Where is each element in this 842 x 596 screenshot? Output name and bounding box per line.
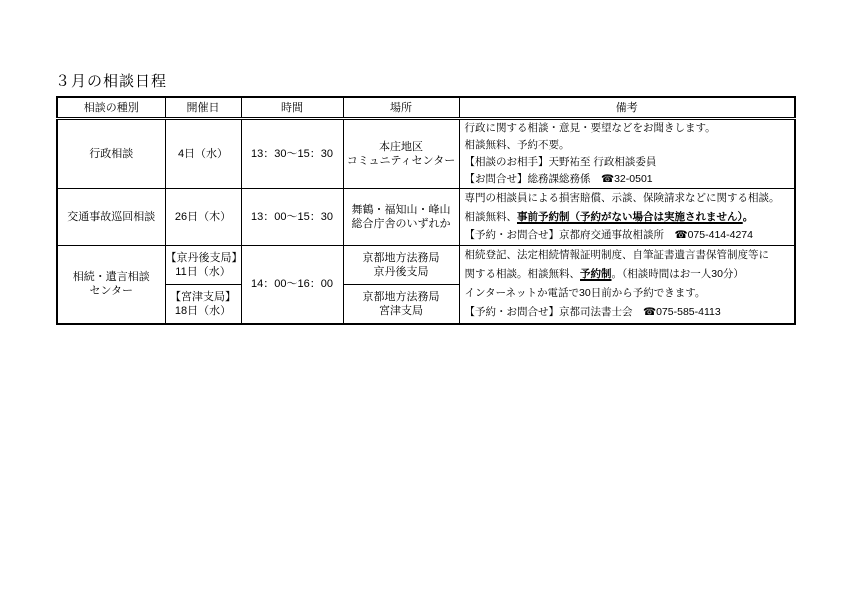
- place-line: 京丹後支局: [344, 265, 459, 279]
- column-header-date: 開催日: [165, 97, 241, 119]
- place-line: 舞鶴・福知山・峰山: [344, 203, 459, 217]
- place-line: 京都地方法務局: [344, 290, 459, 304]
- phone-number: 075-414-4274: [688, 229, 753, 241]
- place-cell: 京都地方法務局 宮津支局: [343, 285, 459, 324]
- page-title: ３月の相談日程: [55, 70, 167, 91]
- phone-icon: ☎: [675, 229, 688, 241]
- emphasized-text: 事前予約制（予約がない場合は実施されません）: [517, 211, 743, 223]
- remark-line: 【お問合せ】総務課総務係 ☎32-0501: [465, 171, 795, 188]
- table-row-gyosei: 行政相談 4日（水） 13：30～15：30 本庄地区 コミュニティセンター 行…: [57, 119, 795, 189]
- date-line: 【宮津支局】: [166, 290, 241, 304]
- remark-line: 相続登記、法定相続情報証明制度、自筆証書遺言書保管制度等に: [465, 246, 795, 265]
- remarks-cell: 相続登記、法定相続情報証明制度、自筆証書遺言書保管制度等に 関する相談。相談無料…: [459, 245, 795, 324]
- phone-icon: ☎: [601, 173, 614, 185]
- place-line: 宮津支局: [344, 304, 459, 318]
- date-line: 11日（水）: [166, 265, 241, 279]
- table-row-souzoku-a: 相続・遺言相談 センター 【京丹後支局】 11日（水） 14：00～16：00 …: [57, 245, 795, 285]
- date-line: 【京丹後支局】: [166, 251, 241, 265]
- time-cell: 14：00～16：00: [241, 245, 343, 324]
- header-row: 相談の種別 開催日 時間 場所 備考: [57, 97, 795, 119]
- place-line: 本庄地区: [344, 140, 459, 154]
- column-header-time: 時間: [241, 97, 343, 119]
- date-cell: 【京丹後支局】 11日（水）: [165, 245, 241, 285]
- date-cell: 4日（水）: [165, 119, 241, 189]
- consult-type-line: 相続・遺言相談: [58, 270, 165, 284]
- date-line: 18日（水）: [166, 304, 241, 318]
- emphasized-text: 予約制: [580, 268, 612, 280]
- place-cell: 舞鶴・福知山・峰山 総合庁舎のいずれか: [343, 189, 459, 246]
- consultation-schedule-table: 相談の種別 開催日 時間 場所 備考 行政相談 4日（水） 13：30～15：3…: [56, 96, 796, 325]
- remark-line: 相談無料、事前予約制（予約がない場合は実施されません）。: [465, 208, 795, 227]
- remark-line: 関する相談。相談無料、予約制。（相談時間はお一人30分）: [465, 265, 795, 284]
- remark-line: 【予約・お問合せ】京都司法書士会 ☎075-585-4113: [465, 303, 795, 322]
- consult-type-line: センター: [58, 284, 165, 298]
- remark-line: 行政に関する相談・意見・要望などをお聞きします。: [465, 120, 795, 137]
- remark-line: 相談無料、予約不要。: [465, 137, 795, 154]
- document-page: ３月の相談日程 相談の種別 開催日 時間 場所 備考 行政相談 4日（水） 13…: [0, 0, 842, 596]
- column-header-consult-type: 相談の種別: [57, 97, 165, 119]
- column-header-place: 場所: [343, 97, 459, 119]
- phone-number: 075-585-4113: [656, 306, 721, 318]
- time-cell: 13：30～15：30: [241, 119, 343, 189]
- consult-type-cell: 相続・遺言相談 センター: [57, 245, 165, 324]
- remark-line: 専門の相談員による損害賠償、示談、保険請求などに関する相談。: [465, 189, 795, 208]
- table-row-kotsujiko: 交通事故巡回相談 26日（木） 13：00～15：30 舞鶴・福知山・峰山 総合…: [57, 189, 795, 246]
- consult-type-cell: 行政相談: [57, 119, 165, 189]
- time-cell: 13：00～15：30: [241, 189, 343, 246]
- date-cell: 26日（木）: [165, 189, 241, 246]
- consult-type-cell: 交通事故巡回相談: [57, 189, 165, 246]
- place-cell: 京都地方法務局 京丹後支局: [343, 245, 459, 285]
- phone-number: 32-0501: [614, 173, 653, 185]
- place-line: 総合庁舎のいずれか: [344, 217, 459, 231]
- remark-line: 【相談のお相手】天野祐至 行政相談委員: [465, 154, 795, 171]
- place-line: 京都地方法務局: [344, 251, 459, 265]
- place-line: コミュニティセンター: [344, 154, 459, 168]
- place-cell: 本庄地区 コミュニティセンター: [343, 119, 459, 189]
- remark-line: 【予約・お問合せ】京都府交通事故相談所 ☎075-414-4274: [465, 226, 795, 245]
- column-header-remarks: 備考: [459, 97, 795, 119]
- date-cell: 【宮津支局】 18日（水）: [165, 285, 241, 324]
- remark-line: インターネットか電話で30日前から予約できます。: [465, 284, 795, 303]
- phone-icon: ☎: [643, 306, 656, 318]
- remarks-cell: 専門の相談員による損害賠償、示談、保険請求などに関する相談。 相談無料、事前予約…: [459, 189, 795, 246]
- remarks-cell: 行政に関する相談・意見・要望などをお聞きします。 相談無料、予約不要。 【相談の…: [459, 119, 795, 189]
